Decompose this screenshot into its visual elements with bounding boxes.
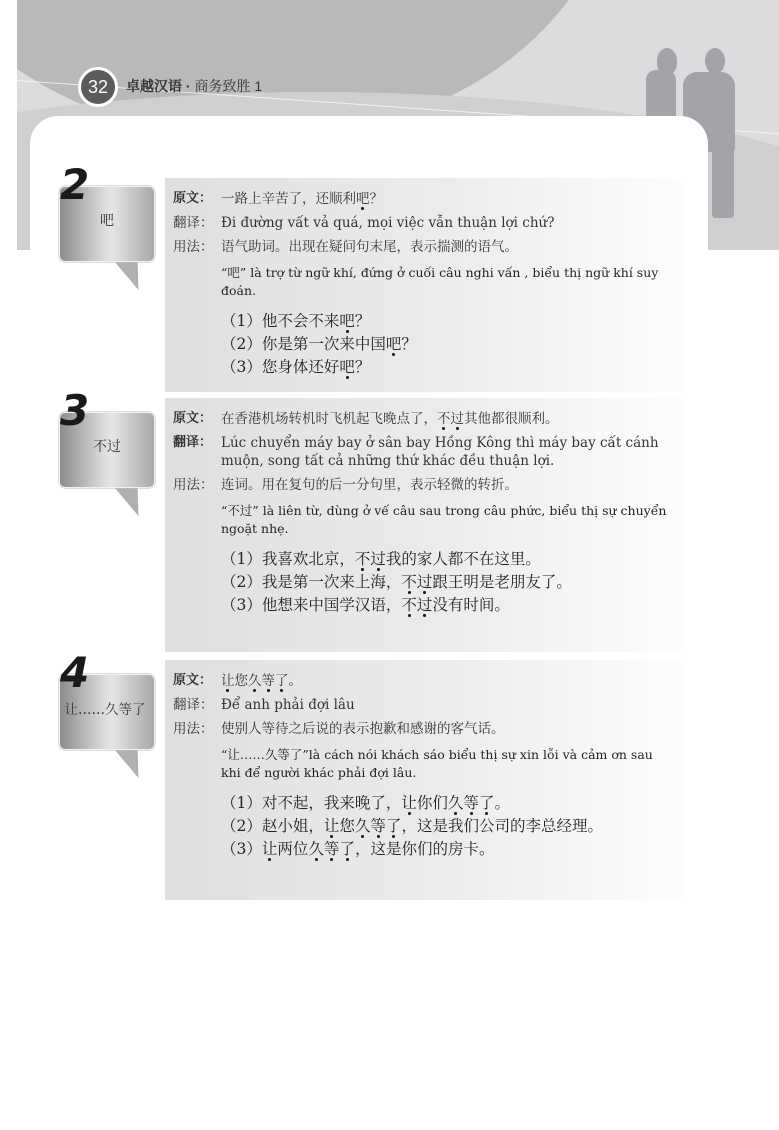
original-text: 在香港机场转机时飞机起飞晚点了，不过其他都很顺利。 — [221, 410, 675, 428]
usage-text: 连词。用在复句的后一分句里，表示轻微的转折。 — [221, 476, 675, 494]
usage-label: 用法： — [173, 238, 221, 256]
man-silhouette-head-icon — [705, 48, 725, 74]
translation-label: 翻译： — [173, 214, 221, 232]
woman-silhouette-icon — [646, 70, 676, 120]
explanation-panel: 原文： 在香港机场转机时飞机起飞晚点了，不过其他都很顺利。 翻译： Lúc ch… — [165, 398, 683, 652]
examples-list: （1）对不起，我来晚了，让你们久等了。 （2）赵小姐，让您久等了，这是我们公司的… — [221, 792, 675, 861]
usage-row: 用法： 语气助词。出现在疑问句末尾，表示揣测的语气。 — [173, 238, 675, 256]
usage-label: 用法： — [173, 720, 221, 738]
vietnamese-note: “让……久等了”là cách nói khách sáo biểu thị s… — [221, 746, 675, 782]
original-text: 一路上辛苦了，还顺利吧？ — [221, 190, 675, 208]
book-title: 卓越汉语 · 商务致胜 1 — [126, 76, 262, 96]
translation-text: Để anh phải đợi lâu — [221, 696, 675, 714]
section-number: 2 — [60, 164, 89, 206]
woman-silhouette-head-icon — [657, 48, 677, 74]
usage-label: 用法： — [173, 476, 221, 494]
example-item: （3）您身体还好吧？ — [221, 356, 675, 379]
examples-list: （1）我喜欢北京，不过我的家人都不在这里。 （2）我是第一次来上海，不过跟王明是… — [221, 548, 675, 617]
translation-row: 翻译： Lúc chuyển máy bay ở sân bay Hồng Kô… — [173, 434, 675, 470]
example-item: （2）我是第一次来上海，不过跟王明是老朋友了。 — [221, 571, 675, 594]
explanation-panel: 原文： 让您久等了。 翻译： Để anh phải đợi lâu 用法： 使… — [165, 660, 683, 900]
book-title-subtitle: 商务致胜 1 — [194, 78, 262, 94]
usage-row: 用法： 使别人等待之后说的表示抱歉和感谢的客气话。 — [173, 720, 675, 738]
example-item: （3）他想来中国学汉语，不过没有时间。 — [221, 594, 675, 617]
explanation-panel: 原文： 一路上辛苦了，还顺利吧？ 翻译： Đi đường vất vả quá… — [165, 178, 683, 392]
translation-row: 翻译： Đi đường vất vả quá, mọi việc vẫn th… — [173, 214, 675, 232]
section-keyword: 吧 — [59, 210, 155, 230]
original-row: 原文： 让您久等了。 — [173, 672, 675, 690]
section-keyword: 让……久等了 — [53, 698, 157, 718]
man-silhouette-legs-icon — [712, 150, 734, 218]
translation-text: Lúc chuyển máy bay ở sân bay Hồng Kông t… — [221, 434, 675, 470]
book-title-separator: · — [186, 78, 191, 94]
example-item: （1）对不起，我来晚了，让你们久等了。 — [221, 792, 675, 815]
example-item: （2）赵小姐，让您久等了，这是我们公司的李总经理。 — [221, 815, 675, 838]
original-label: 原文： — [173, 410, 221, 428]
original-row: 原文： 在香港机场转机时飞机起飞晚点了，不过其他都很顺利。 — [173, 410, 675, 428]
original-row: 原文： 一路上辛苦了，还顺利吧？ — [173, 190, 675, 208]
original-label: 原文： — [173, 672, 221, 690]
section-number: 4 — [60, 652, 89, 694]
usage-text: 使别人等待之后说的表示抱歉和感谢的客气话。 — [221, 720, 675, 738]
section-number: 3 — [60, 390, 89, 432]
original-text: 让您久等了。 — [221, 672, 675, 690]
usage-row: 用法： 连词。用在复句的后一分句里，表示轻微的转折。 — [173, 476, 675, 494]
translation-label: 翻译： — [173, 696, 221, 714]
example-item: （1）他不会不来吧？ — [221, 310, 675, 333]
translation-label: 翻译： — [173, 434, 221, 470]
example-item: （3）让两位久等了，这是你们的房卡。 — [221, 838, 675, 861]
vietnamese-note: “吧” là trợ từ ngữ khí, đứng ở cuối câu n… — [221, 264, 675, 300]
book-title-main: 卓越汉语 — [126, 78, 182, 94]
section-keyword: 不过 — [59, 436, 155, 456]
original-label: 原文： — [173, 190, 221, 208]
translation-row: 翻译： Để anh phải đợi lâu — [173, 696, 675, 714]
vietnamese-note: “不过” là liên từ, dùng ở vế câu sau trong… — [221, 502, 675, 538]
example-item: （2）你是第一次来中国吧？ — [221, 333, 675, 356]
examples-list: （1）他不会不来吧？ （2）你是第一次来中国吧？ （3）您身体还好吧？ — [221, 310, 675, 379]
page-number: 32 — [78, 67, 118, 107]
usage-text: 语气助词。出现在疑问句末尾，表示揣测的语气。 — [221, 238, 675, 256]
translation-text: Đi đường vất vả quá, mọi việc vẫn thuận … — [221, 214, 675, 232]
example-item: （1）我喜欢北京，不过我的家人都不在这里。 — [221, 548, 675, 571]
